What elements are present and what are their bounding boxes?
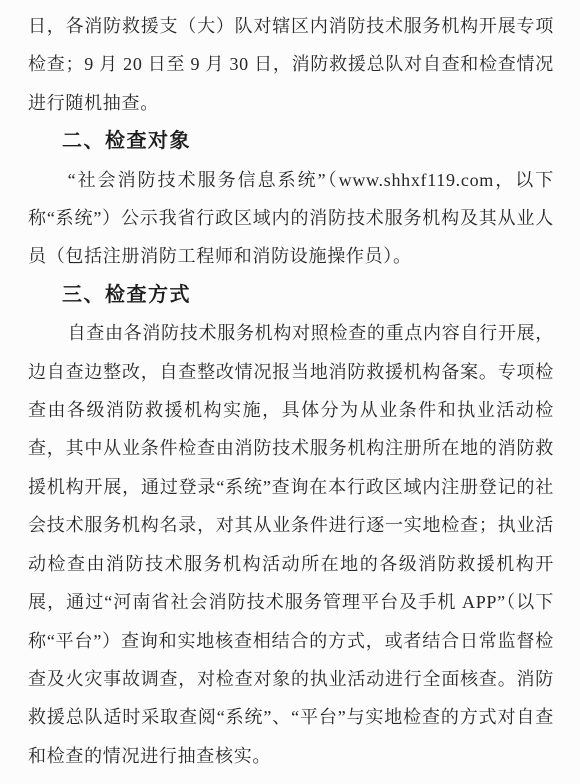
paragraph-inspection-method: 自查由各消防技术服务机构对照检查的重点内容自行开展，边自查边整改，自查整改情况报… [28, 314, 554, 775]
paragraph-schedule-continuation: 日，各消防救援支（大）队对辖区内消防技术服务机构开展专项检查；9 月 20 日至… [28, 7, 554, 122]
document-page: 日，各消防救援支（大）队对辖区内消防技术服务机构开展专项检查；9 月 20 日至… [0, 0, 580, 784]
paragraph-inspection-target: “社会消防技术服务信息系统”（www.shhxf119.com，以下称“系统”）… [28, 161, 554, 276]
section-heading-inspection-method: 三、检查方式 [28, 276, 554, 314]
section-heading-inspection-target: 二、检查对象 [28, 122, 554, 160]
